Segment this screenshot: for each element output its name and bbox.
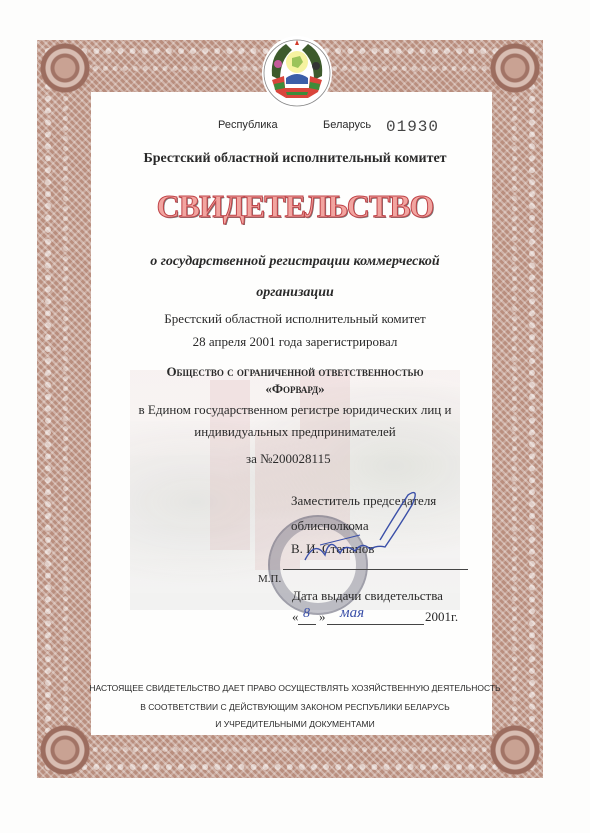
footer-line3: И УЧРЕДИТЕЛЬНЫМИ ДОКУМЕНТАМИ [0, 719, 590, 729]
register-text-line2: индивидуальных предпринимателей [0, 424, 590, 440]
serial-number: 01930 [386, 118, 439, 136]
stamp-place-label: М.П. [258, 573, 281, 585]
handwritten-signature [300, 485, 440, 575]
register-text-line1: в Едином государственном регистре юридич… [0, 402, 590, 418]
footer-line2: В СООТВЕТСТВИИ С ДЕЙСТВУЮЩИМ ЗАКОНОМ РЕС… [0, 702, 590, 712]
month-underline [327, 624, 424, 625]
coat-of-arms-emblem [262, 36, 332, 110]
document-subtitle-line1: о государственной регистрации коммерческ… [0, 254, 590, 270]
register-number: за №200028115 [246, 451, 331, 467]
issue-date-open-quote: « [292, 609, 299, 625]
issuer-heading: Брестский областной исполнительный комит… [0, 151, 590, 167]
corner-ornament [37, 722, 93, 778]
organization-name: «Форвард» [0, 381, 590, 397]
day-underline [298, 624, 316, 625]
issue-day: 8 [303, 606, 310, 622]
issue-month: мая [340, 605, 364, 622]
document-subtitle-line2: организации [0, 285, 590, 301]
corner-ornament [487, 722, 543, 778]
footer-line1: НАСТОЯЩЕЕ СВИДЕТЕЛЬСТВО ДАЕТ ПРАВО ОСУЩЕ… [0, 683, 590, 693]
country-name-right: Беларусь [323, 119, 371, 131]
registrar-text: Брестский областной исполнительный комит… [0, 311, 590, 327]
signature-line [283, 569, 468, 570]
corner-ornament [487, 40, 543, 96]
issue-date-label: Дата выдачи свидетельства [292, 588, 443, 604]
issue-year: 2001г. [425, 609, 458, 625]
organization-type: Общество с ограниченной ответственностью [0, 364, 590, 380]
corner-ornament [37, 40, 93, 96]
country-name-left: Республика [218, 119, 278, 131]
registration-date: 28 апреля 2001 года зарегистрировал [0, 334, 590, 350]
issue-date-close-quote: » [319, 609, 326, 625]
document-title: СВИДЕТЕЛЬСТВО [0, 188, 590, 225]
